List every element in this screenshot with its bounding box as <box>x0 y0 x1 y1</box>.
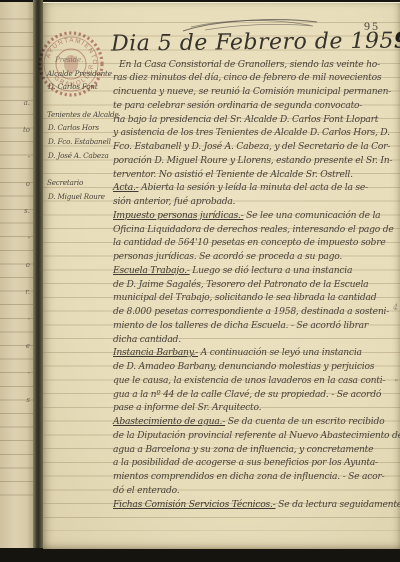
section-heading: Escuela Trabajo.- <box>113 265 190 276</box>
margin-name: D. Carlos Font <box>48 80 115 94</box>
manuscript-line: terventor. No asistió el Teniente de Alc… <box>113 168 399 182</box>
manuscript-line: mientos comprendidos en dicha zona de in… <box>113 470 399 484</box>
manuscript-line: de D. Amadeo Barbany, denunciando molest… <box>113 360 399 374</box>
bleed-mark: 4 <box>393 303 398 312</box>
manuscript-line: a la posibilidad de acogerse a sus benef… <box>113 456 399 470</box>
manuscript-line: te para celebrar sesión ordinaria de seg… <box>113 99 399 113</box>
manuscript-line: cincuenta y nueve, se reunió la Comisión… <box>113 85 399 99</box>
text-fragment: - <box>23 306 30 333</box>
manuscript-line: ria bajo la presidencia del Sr. Alcalde … <box>113 113 399 127</box>
previous-page-edge: a.to-os.-or.-e-s <box>0 2 33 548</box>
manuscript-line: Abastecimiento de agua.- Se da cuenta de… <box>113 415 399 429</box>
text-fragment: o <box>23 171 30 198</box>
margin-section: Tenientes de Alcalde <box>47 108 115 122</box>
bleed-mark: " <box>394 378 398 387</box>
text-fragment: s. <box>23 198 30 225</box>
section-heading: Acta.- <box>113 182 138 193</box>
text-fragment: o <box>23 252 30 279</box>
session-date-title: Dia 5 de Febrero de 1959 <box>111 27 400 56</box>
text-fragment: a. <box>23 90 30 117</box>
manuscript-line: Impuesto personas jurídicas.- Se lee una… <box>113 209 399 223</box>
manuscript-line: En la Casa Consistorial de Granollers, s… <box>113 58 399 72</box>
manuscript-line: Fichas Comisión Servicios Técnicos.- Se … <box>113 498 399 512</box>
minutes-page: 95 Dia 5 de Febrero de 1959 AYUNTAMIENTO… <box>43 2 400 549</box>
manuscript-line: la cantidad de 564'10 pesetas en concept… <box>113 236 399 250</box>
manuscript-line: miento de los talleres de dicha Escuela.… <box>113 319 399 333</box>
manuscript-line: pase a informe del Sr. Arquitecto. <box>113 401 399 415</box>
manuscript-line: Oficina Liquidadora de derechos reales, … <box>113 223 399 237</box>
text-fragment: e <box>23 333 30 360</box>
margin-section: Secretario <box>47 176 115 190</box>
manuscript-line: sión anterior, fué aprobada. <box>113 195 399 209</box>
margin-name: D. José A. Cabeza <box>48 149 115 163</box>
text-fragment: s <box>23 387 30 414</box>
margin-name: D. Carlos Hors <box>48 121 115 135</box>
text-fragment: - <box>23 225 30 252</box>
margin-section: Alcalde Presidente <box>47 67 115 81</box>
section-heading: Abastecimiento de agua.- <box>113 416 225 427</box>
previous-page-text-fragments: a.to-os.-or.-e-s <box>23 90 30 414</box>
text-fragment: to <box>23 117 30 144</box>
session-date-text: Dia 5 de Febrero de 195 <box>111 29 394 57</box>
text-fragment: - <box>23 360 30 387</box>
manuscript-line: de D. Jaime Sagalés, Tesorero del Patron… <box>113 278 399 292</box>
section-heading: Impuesto personas jurídicas.- <box>113 210 243 221</box>
text-fragment: r. <box>23 279 30 306</box>
scanned-minutes-photo: a.to-os.-or.-e-s 95 Dia 5 de Febrero de … <box>0 0 400 562</box>
manuscript-line: dó el enterado. <box>113 484 399 498</box>
overwritten-year-digit: 9 <box>394 27 400 53</box>
manuscript-line: de la Diputación provincial referente al… <box>113 429 399 443</box>
manuscript-line: y asistencia de los tres Tenientes de Al… <box>113 126 399 140</box>
margin-name: D. Fco. Estabanell <box>48 135 115 149</box>
manuscript-line: Acta.- Abierta la sesión y leída la minu… <box>113 181 399 195</box>
section-heading: Fichas Comisión Servicios Técnicos.- <box>113 499 276 510</box>
manuscript-line: que le causa, la existencia de unos lava… <box>113 374 399 388</box>
attendance-margin-column: Preside.Alcalde PresidenteD. Carlos Font… <box>47 53 115 203</box>
manuscript-line: municipal del Trabajo, solicitando le se… <box>113 291 399 305</box>
manuscript-line: Fco. Estabanell y D. José A. Cabeza, y d… <box>113 140 399 154</box>
manuscript-line: Escuela Trabajo.- Luego se dió lectura a… <box>113 264 399 278</box>
margin-name: D. Miguel Roure <box>48 190 115 204</box>
manuscript-line: dicha cantidad. <box>113 333 399 347</box>
manuscript-line: poración D. Miguel Roure y Llorens, esta… <box>113 154 399 168</box>
manuscript-line: Instancia Barbany.- A continuación se le… <box>113 346 399 360</box>
margin-preside: Preside. <box>55 53 115 67</box>
manuscript-line: personas jurídicas. Se acordó se proceda… <box>113 250 399 264</box>
manuscript-line: de 8.000 pesetas correspondiente a 1958,… <box>113 305 399 319</box>
manuscript-line: ras diez minutos del día, cinco de febre… <box>113 71 399 85</box>
manuscript-line: gua a la nº 44 de la calle Clavé, de su … <box>113 388 399 402</box>
manuscript-line: agua a Barcelona y su zona de influencia… <box>113 443 399 457</box>
text-fragment: - <box>23 144 30 171</box>
manuscript-body: En la Casa Consistorial de Granollers, s… <box>113 58 399 512</box>
section-heading: Instancia Barbany.- <box>113 347 198 358</box>
